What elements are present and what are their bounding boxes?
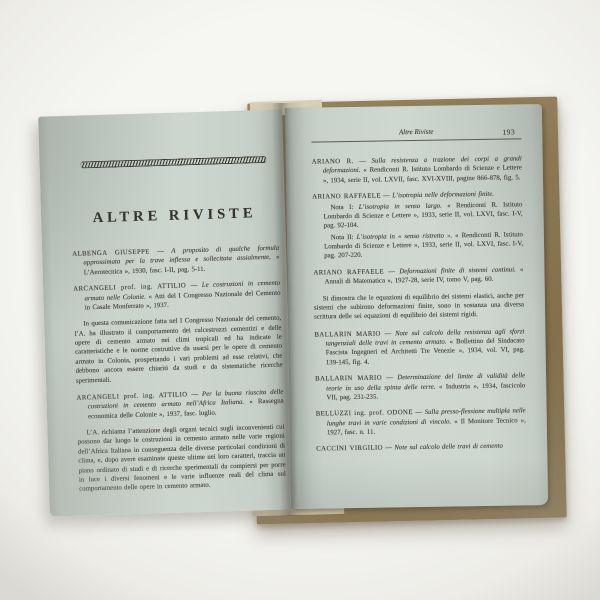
entry-separator: — xyxy=(384,268,399,275)
entry-author: ALBENGA GIUSEPPE xyxy=(72,248,150,257)
abstract-paragraph: L’A. richiama l’attenzione degli organi … xyxy=(77,423,286,495)
entry-note: Nota II: L’isotropia in « senso ristrett… xyxy=(313,230,523,261)
entry-separator: — xyxy=(381,330,395,337)
right-page-content: Altre Riviste 193 ARIANO R. — Sulla resi… xyxy=(311,126,526,461)
bibliography-entry: CACCINI VIRGILIO — Note sul calcolo dell… xyxy=(316,442,526,455)
entry-separator: — xyxy=(381,192,393,199)
book-photo: ALTRE RIVISTE ALBENGA GIUSEPPE — A propo… xyxy=(0,0,600,600)
bibliography-entry: BALLARIN MARIO — Note sul calcolo della … xyxy=(314,327,525,368)
entry-author: ARCANGELI prof. ing. ATTILIO xyxy=(73,283,186,293)
entry-separator: — xyxy=(413,409,425,416)
bibliography-entry: ARIANO R. — Sulla resistenza a trazione … xyxy=(312,154,522,185)
running-head: Altre Riviste xyxy=(311,126,521,137)
abstract-paragraph: Si dimostra che le equazioni di equilibr… xyxy=(314,291,524,322)
note-label: Nota I: xyxy=(330,203,353,210)
entry-separator: — xyxy=(186,282,202,289)
entry-author: BALLARIN MARIO xyxy=(315,375,382,383)
entry-separator: — xyxy=(354,158,372,165)
entry-title: L’isotropia nelle deformazioni finite. xyxy=(392,191,494,200)
entry-title: L’isotropia in senso largo. xyxy=(359,202,442,210)
left-page-content: ALTRE RIVISTE ALBENGA GIUSEPPE — A propo… xyxy=(69,156,286,503)
note-label: Nota II: xyxy=(331,234,354,241)
bibliography-entry: ARIANO RAFFAELE — Deformazioni finite di… xyxy=(313,265,523,287)
entry-author: BELLUZZI ing. prof. ODONE xyxy=(316,409,413,418)
entry-author: ARIANO RAFFAELE xyxy=(313,268,384,276)
entry-separator: — xyxy=(187,391,202,398)
bibliography-entry: BELLUZZI ing. prof. ODONE — Sulla presso… xyxy=(316,407,526,438)
entry-author: ARIANO RAFFAELE xyxy=(312,193,381,201)
entry-author: ARIANO R. xyxy=(312,158,354,166)
entry-separator: — xyxy=(150,248,172,256)
entry-separator: — xyxy=(383,445,395,452)
entry-title: Note sul calcolo delle travi di cemento xyxy=(394,443,503,452)
entry-title: Deformazioni finite di sistemi continui. xyxy=(399,266,516,275)
entry-title: L’isotropia in « senso ristretto ». xyxy=(356,232,452,241)
bibliography-entry: ARCANGELI prof. ing. ATTILIO — Le costru… xyxy=(73,279,281,313)
section-heading: ALTRE RIVISTE xyxy=(71,205,278,228)
entry-author: CACCINI VIRGILIO xyxy=(316,445,383,453)
bibliography-entry: BALLARIN MARIO — Determinazione del limi… xyxy=(315,371,525,402)
page-header: Altre Riviste 193 xyxy=(311,126,521,139)
right-page: Altre Riviste 193 ARIANO R. — Sulla resi… xyxy=(285,104,548,509)
left-page: ALTRE RIVISTE ALBENGA GIUSEPPE — A propo… xyxy=(38,109,294,516)
abstract-paragraph: In questa comunicazione fatta nel I Cong… xyxy=(74,314,283,386)
decorative-rule xyxy=(80,156,266,169)
entry-author: BALLARIN MARIO xyxy=(314,330,380,338)
page-number: 193 xyxy=(502,127,515,136)
bibliography-entry: ARCANGELI prof. ing. ATTILIO — Per la bu… xyxy=(76,387,284,421)
entry-separator: — xyxy=(382,374,397,381)
bibliography-entry: ALBENGA GIUSEPPE — A proposito di qualch… xyxy=(72,244,280,278)
entry-note: Nota I: L’isotropia in senso largo. « Re… xyxy=(312,200,522,231)
